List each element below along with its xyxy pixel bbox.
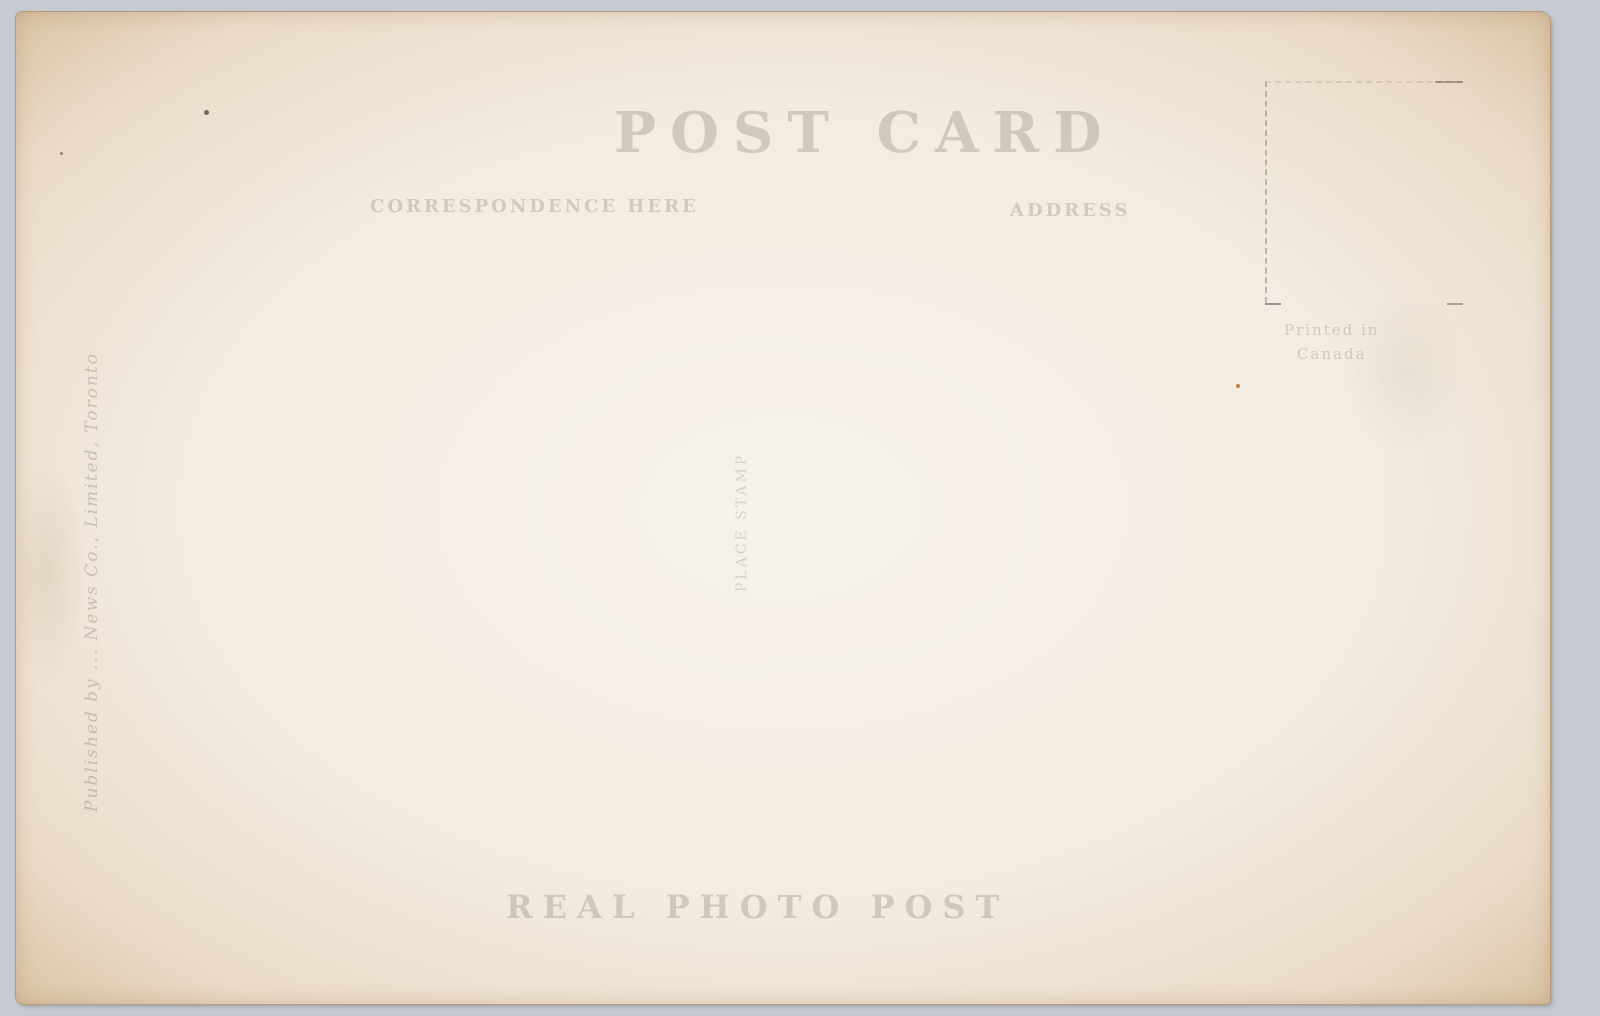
center-divider-text: PLACE STAMP: [734, 453, 750, 592]
printed-in-label: Printed in Canada: [1284, 318, 1379, 366]
stamp-box: [1265, 81, 1463, 303]
printed-in-line1: Printed in: [1284, 318, 1379, 342]
postcard-back: POST CARD CORRESPONDENCE HERE ADDRESS Pr…: [16, 12, 1550, 1004]
stamp-box-corner: [1265, 303, 1281, 305]
address-label: ADDRESS: [1010, 200, 1130, 221]
correspondence-label: CORRESPONDENCE HERE: [370, 196, 699, 217]
publisher-text: Published by ... News Co., Limited, Toro…: [82, 352, 102, 812]
ink-spot: [204, 110, 209, 115]
stamp-box-corner: [1447, 303, 1463, 305]
ink-spot: [1236, 384, 1240, 388]
postcard-title: POST CARD: [614, 100, 1116, 166]
bottom-caption: REAL PHOTO POST: [506, 888, 1009, 926]
printed-in-line2: Canada: [1284, 342, 1379, 366]
ink-spot: [60, 152, 63, 155]
stamp-box-corner: [1435, 81, 1463, 83]
